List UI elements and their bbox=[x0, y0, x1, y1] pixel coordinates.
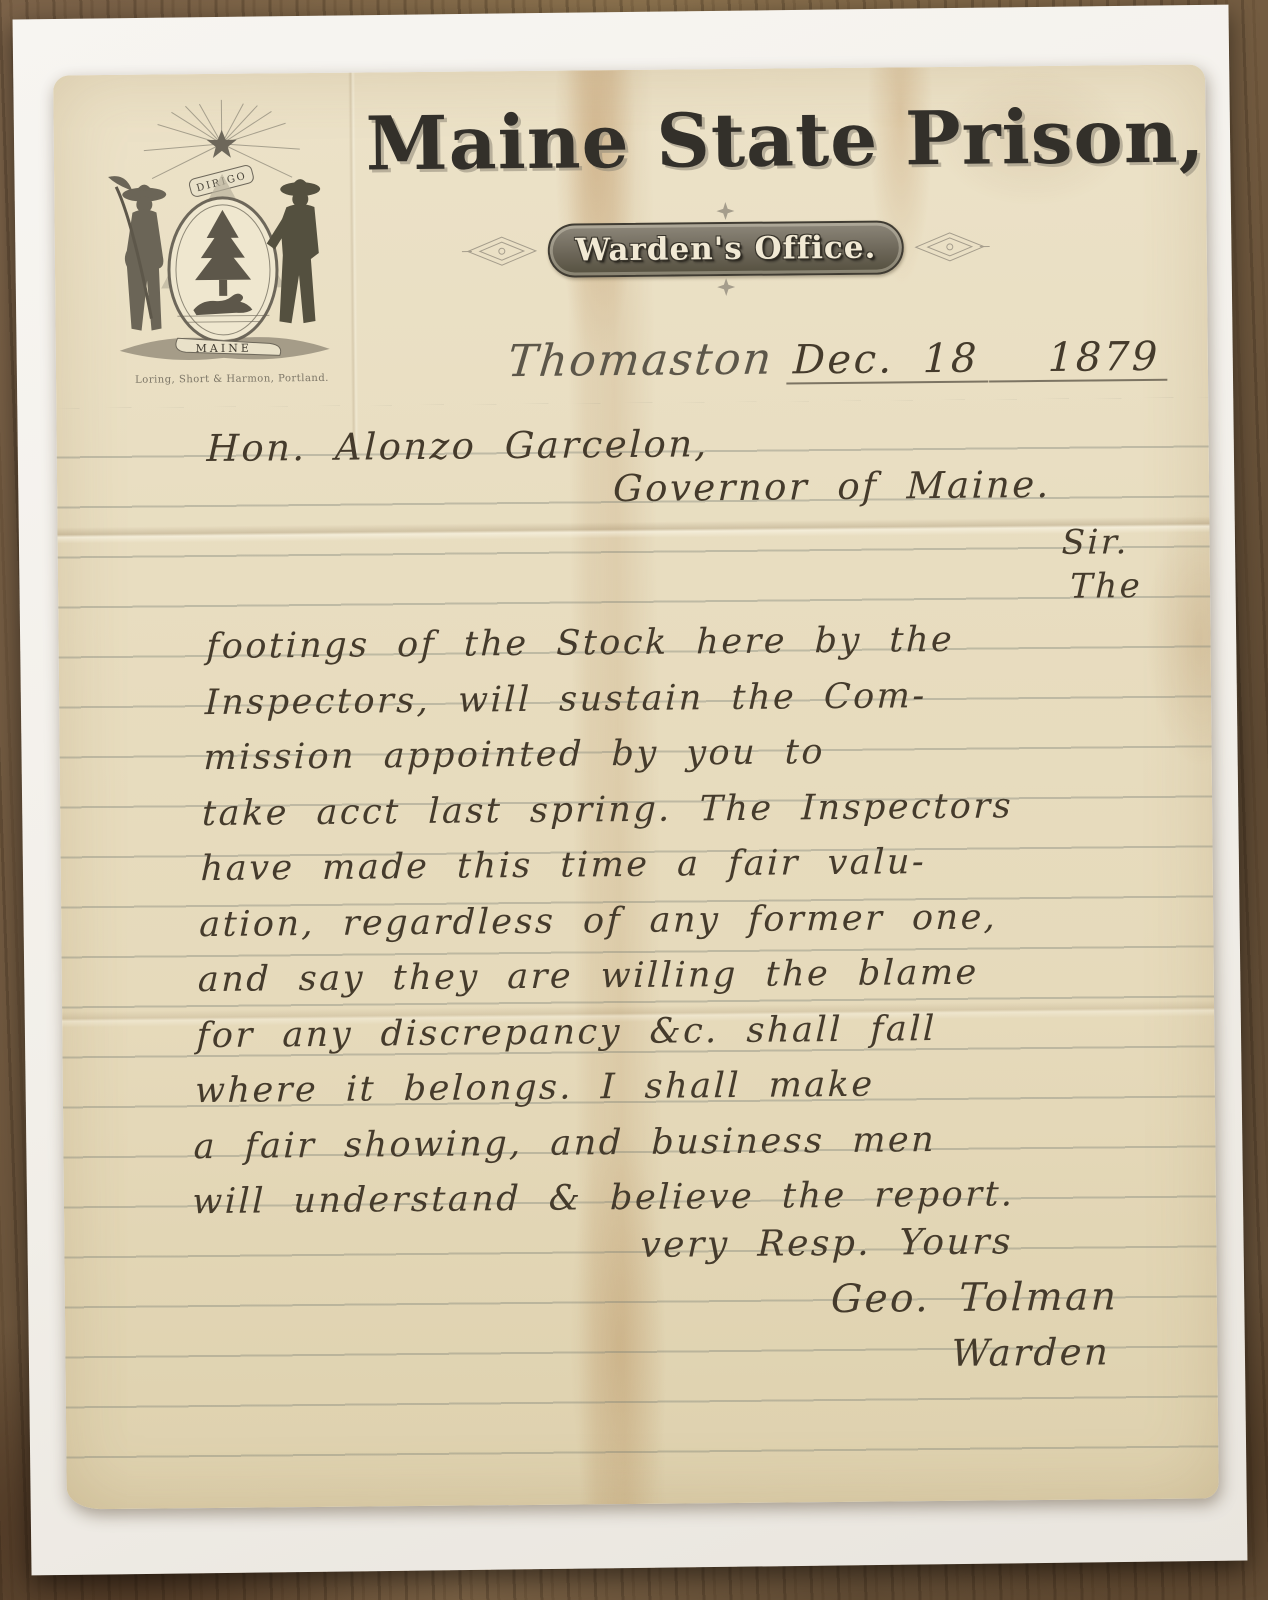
valediction: very Resp. Yours bbox=[640, 1224, 1014, 1264]
badge-label: Warden's Office. bbox=[575, 230, 876, 269]
letterhead-title: Maine State Prison, bbox=[365, 99, 1152, 184]
body-line: Inspectors, will sustain the Com- bbox=[204, 668, 1028, 731]
recipient-name: Hon. Alonzo Garcelon, bbox=[206, 425, 709, 467]
wardens-office-badge: Warden's Office. bbox=[443, 216, 1010, 281]
date-rule bbox=[989, 340, 1038, 382]
opening-word: The bbox=[1070, 569, 1143, 604]
date-year: 1879 bbox=[1038, 337, 1169, 382]
fold-crease-upper bbox=[57, 516, 1209, 543]
body-line: ation, regardless of any former one, bbox=[199, 890, 1023, 953]
seal-farmer-figure bbox=[108, 176, 167, 331]
maine-state-seal-icon: DIRIGO bbox=[87, 97, 358, 382]
date-line: Thomaston Dec. 18 1879 bbox=[508, 317, 1169, 387]
printer-credit: Loring, Short & Harmon, Portland. bbox=[114, 373, 350, 386]
body-line: will understand & believe the report. bbox=[192, 1167, 1016, 1230]
body-line: mission appointed by you to bbox=[203, 723, 1027, 786]
backing-board: DIRIGO bbox=[13, 5, 1248, 1576]
recipient-title: Governor of Maine. bbox=[613, 466, 1052, 507]
body-line: have made this time a fair valu- bbox=[200, 834, 1024, 897]
letter-paper: DIRIGO bbox=[53, 64, 1219, 1509]
body-line: take acct last spring. The Inspectors bbox=[201, 779, 1025, 842]
svg-text:MAINE: MAINE bbox=[196, 342, 252, 356]
badge-flourish-right-icon bbox=[912, 228, 990, 267]
date-place: Thomaston bbox=[505, 333, 789, 387]
seal-star-icon bbox=[207, 130, 237, 158]
badge-ornament-top-icon bbox=[716, 202, 734, 220]
body-line: for any discrepancy &c. shall fall bbox=[196, 1001, 1020, 1064]
badge-ornament-bottom-icon bbox=[717, 278, 735, 296]
body-line: a fair showing, and business men bbox=[193, 1112, 1017, 1175]
salutation: Sir. bbox=[1061, 525, 1129, 560]
letter-body: footings of the Stock here by the Inspec… bbox=[192, 612, 1030, 1231]
body-line: where it belongs. I shall make bbox=[194, 1056, 1018, 1119]
body-line: and say they are willing the blame bbox=[197, 945, 1021, 1008]
photo-scene: DIRIGO bbox=[0, 0, 1268, 1600]
body-line: footings of the Stock here by the bbox=[206, 612, 1030, 675]
badge-banner: Warden's Office. bbox=[548, 220, 905, 277]
badge-flourish-left-icon bbox=[462, 232, 540, 271]
signature: Geo. Tolman bbox=[830, 1277, 1119, 1319]
date-value: Dec. 18 bbox=[787, 339, 990, 385]
signer-title: Warden bbox=[951, 1333, 1111, 1372]
